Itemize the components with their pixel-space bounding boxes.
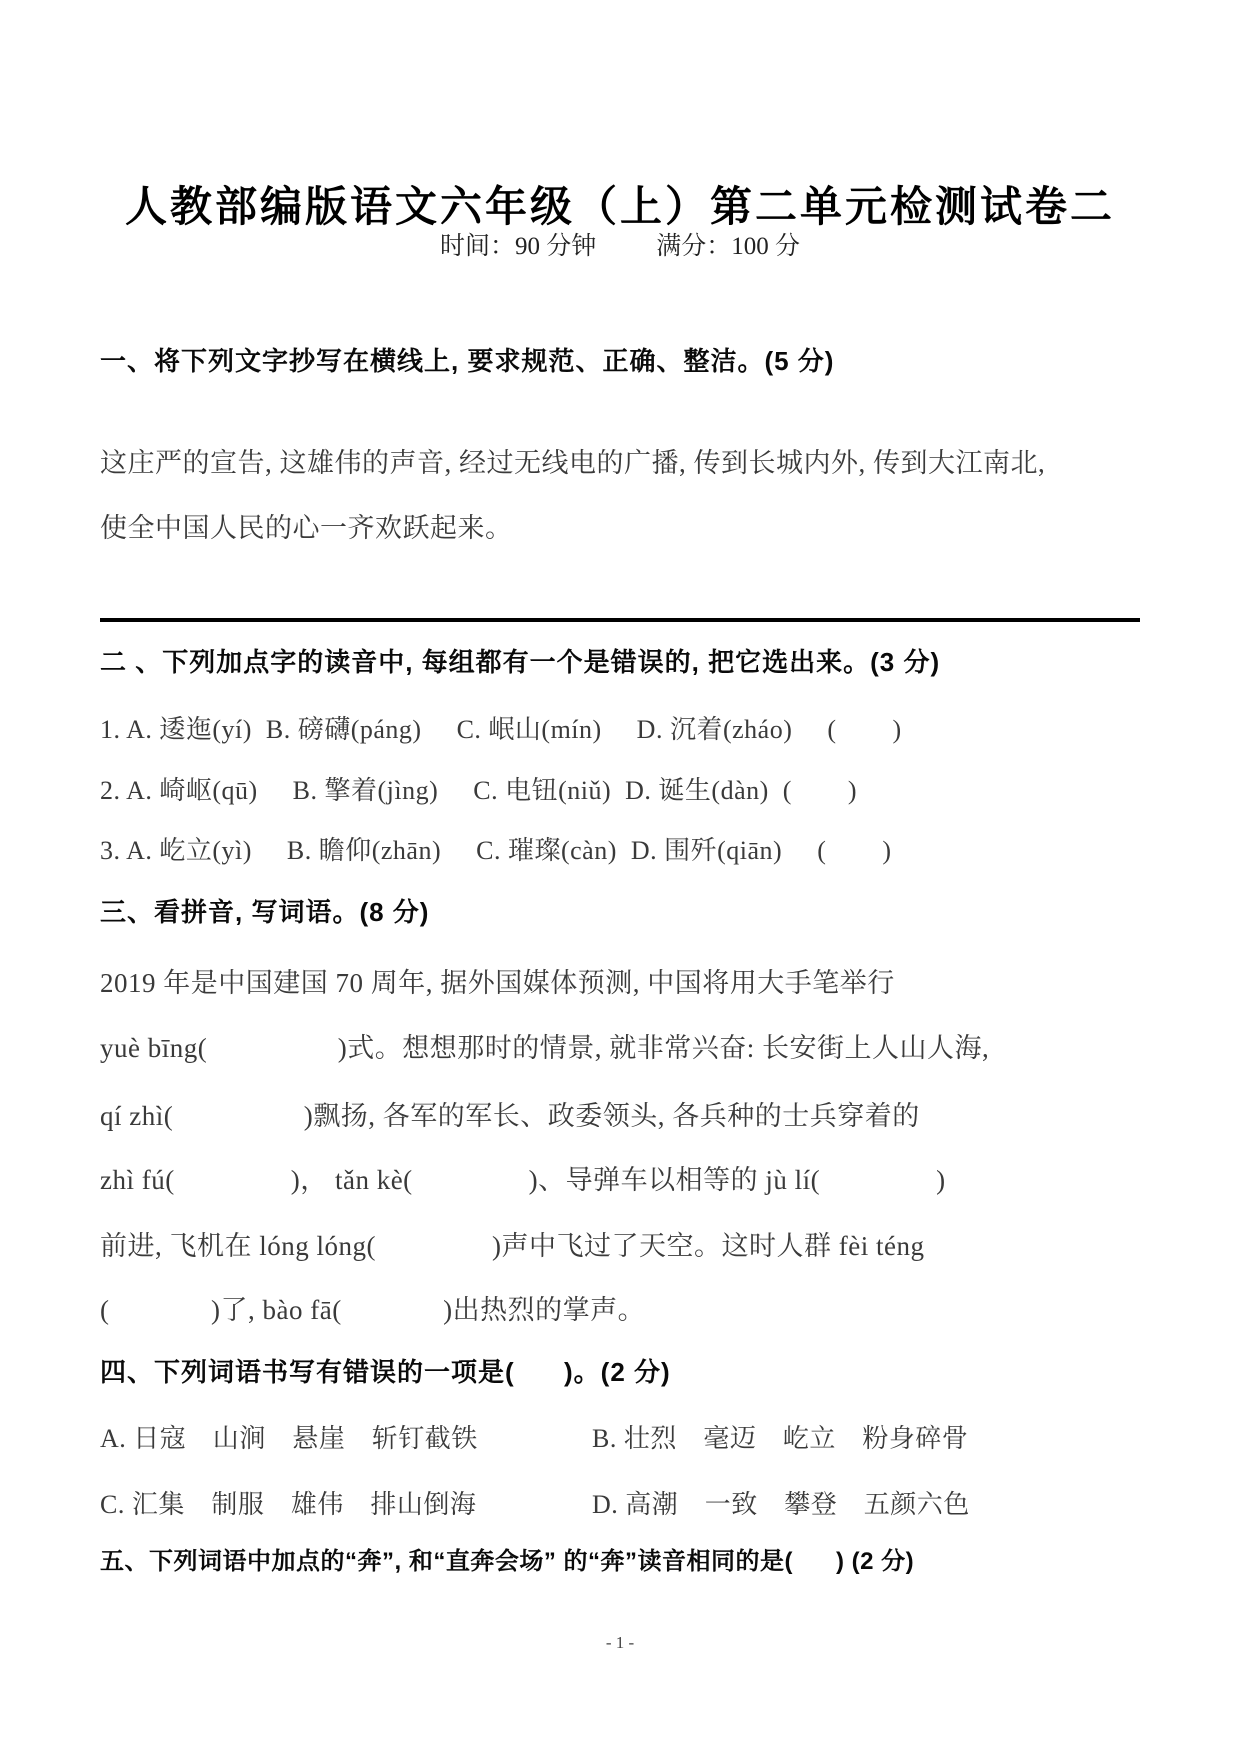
section4-option-row: C. 汇集 制服 雄伟 排山倒海 D. 高潮 一致 攀登 五颜六色 [100, 1484, 970, 1521]
section2-question-item: 1. A. 逶迤(yí) B. 磅礴(páng) C. 岷山(mín) D. 沉… [100, 709, 902, 746]
section3-pinyin-line: ( )了, bào fā( )出热烈的掌声。 [100, 1288, 645, 1327]
section4-heading: 四、下列词语书写有错误的一项是( )。(2 分) [100, 1352, 671, 1389]
section3-pinyin-line: 2019 年是中国建国 70 周年, 据外国媒体预测, 中国将用大手笔举行 [100, 961, 895, 1000]
section3-pinyin-line: qí zhì( )飘扬, 各军的军长、政委领头, 各兵种的士兵穿着的 [100, 1094, 920, 1133]
section5-heading: 五、下列词语中加点的“奔”, 和“直奔会场” 的“奔”读音相同的是( ) (2 … [100, 1541, 914, 1576]
option-b: B. 壮烈 毫迈 屹立 粉身碎骨 [592, 1418, 968, 1455]
section1-passage-line: 使全中国人民的心一齐欢跃起来。 [100, 506, 513, 545]
exam-time-label: 时间：90 分钟 [440, 226, 596, 262]
exam-meta: 时间：90 分钟 满分：100 分 [0, 226, 1240, 262]
option-a: A. 日寇 山涧 悬崖 斩钉截铁 [100, 1418, 592, 1455]
option-d: D. 高潮 一致 攀登 五颜六色 [592, 1484, 970, 1521]
section2-heading: 二 、下列加点字的读音中, 每组都有一个是错误的, 把它选出来。(3 分) [100, 642, 940, 679]
exam-score-label: 满分：100 分 [656, 226, 800, 262]
page-number: - 1 - [0, 1633, 1240, 1653]
section4-option-row: A. 日寇 山涧 悬崖 斩钉截铁 B. 壮烈 毫迈 屹立 粉身碎骨 [100, 1418, 968, 1455]
test-paper-page: 人教部编版语文六年级（上）第二单元检测试卷二 时间：90 分钟 满分：100 分… [0, 0, 1240, 1754]
section1-passage-line: 这庄严的宣告, 这雄伟的声音, 经过无线电的广播, 传到长城内外, 传到大江南北… [100, 441, 1045, 480]
option-c: C. 汇集 制服 雄伟 排山倒海 [100, 1484, 592, 1521]
section3-pinyin-line: 前进, 飞机在 lóng lóng( )声中飞过了天空。这时人群 fèi tén… [100, 1224, 924, 1263]
section3-pinyin-line: yuè bīng( )式。想想那时的情景, 就非常兴奋: 长安街上人山人海, [100, 1026, 989, 1065]
section2-question-item: 3. A. 屹立(yì) B. 瞻仰(zhān) C. 璀璨(càn) D. 围… [100, 830, 892, 867]
section1-heading: 一、将下列文字抄写在横线上, 要求规范、正确、整洁。(5 分) [100, 341, 834, 378]
section3-pinyin-line: zhì fú( )， tǎn kè( )、导弹车以相等的 jù lí( ) [100, 1158, 946, 1197]
section3-heading: 三、看拼音, 写词语。(8 分) [100, 892, 429, 929]
section2-question-item: 2. A. 崎岖(qū) B. 擎着(jìng) C. 电钮(niǔ) D. 诞… [100, 770, 857, 807]
section-divider-line [100, 618, 1140, 622]
